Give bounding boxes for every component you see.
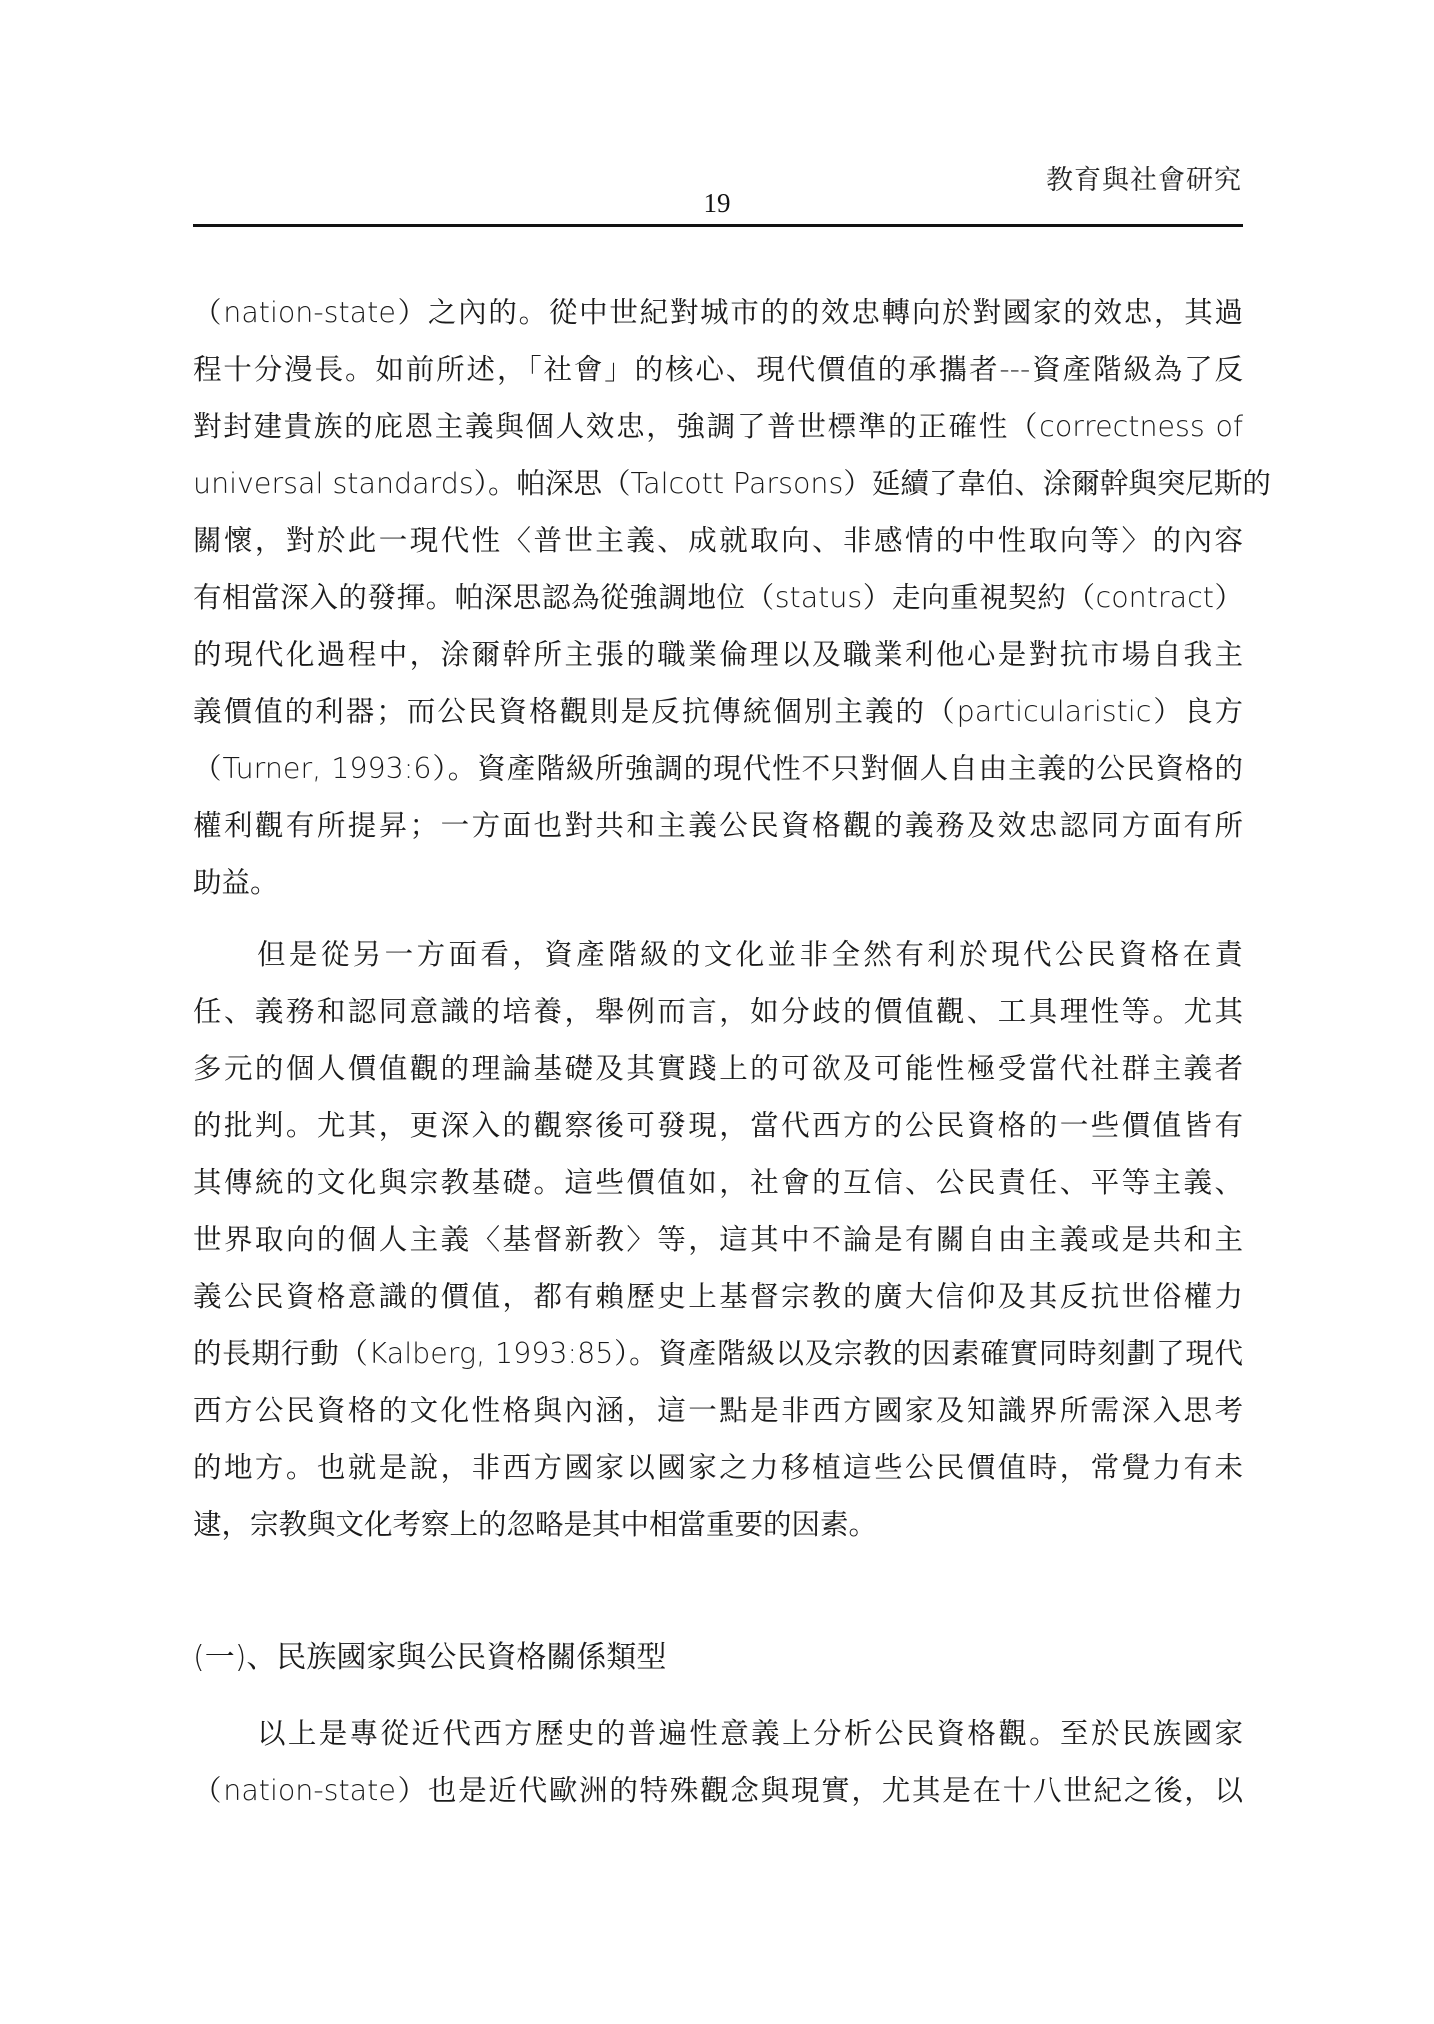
paragraph-2-line-7: 義公民資格意識的價值，都有賴歷史上基督宗教的廣大信仰及其反抗世俗權力 — [193, 1277, 1243, 1317]
paragraph-1-line-7: 的現代化過程中，涂爾幹所主張的職業倫理以及職業利他心是對抗市場自我主 — [193, 635, 1243, 675]
paragraph-1-line-2: 程十分漫長。如前所述，「社會」的核心、現代價值的承攜者---資產階級為了反 — [193, 350, 1243, 390]
paragraph-2-line-6: 世界取向的個人主義〈基督新教〉等，這其中不論是有關自由主義或是共和主 — [193, 1220, 1243, 1260]
paragraph-2-line-10: 的地方。也就是說，非西方國家以國家之力移植這些公民價值時，常覺力有未 — [193, 1448, 1243, 1488]
paragraph-2-line-2: 任、義務和認同意識的培養，舉例而言，如分歧的價值觀、工具理性等。尤其 — [193, 992, 1243, 1032]
paragraph-2-line-1: 但是從另一方面看，資產階級的文化並非全然有利於現代公民資格在責 — [193, 935, 1243, 975]
paragraph-2-line-5: 其傳統的文化與宗教基礎。這些價值如，社會的互信、公民責任、平等主義、 — [193, 1163, 1243, 1203]
section-paragraph-line-1: 以上是專從近代西方歷史的普遍性意義上分析公民資格觀。至於民族國家 — [193, 1714, 1243, 1754]
paragraph-1-line-6: 有相當深入的發揮。帕深思認為從強調地位（status）走向重視契約（contra… — [193, 578, 1243, 618]
paragraph-2-line-3: 多元的個人價值觀的理論基礎及其實踐上的可欲及可能性極受當代社群主義者 — [193, 1049, 1243, 1089]
section-paragraph-line-2: （nation-state）也是近代歐洲的特殊觀念與現實，尤其是在十八世紀之後，… — [193, 1771, 1243, 1811]
paragraph-1-line-11: 助益。 — [193, 863, 1243, 903]
paragraph-1-line-10: 權利觀有所提昇；一方面也對共和主義公民資格觀的義務及效忠認同方面有所 — [193, 806, 1243, 846]
document-page: 教育與社會研究 19 （nation-state）之內的。從中世紀對城市的的效忠… — [0, 0, 1434, 2024]
paragraph-1-line-3: 對封建貴族的庇恩主義與個人效忠，強調了普世標準的正確性（correctness … — [193, 407, 1243, 447]
paragraph-2-line-4: 的批判。尤其，更深入的觀察後可發現，當代西方的公民資格的一些價值皆有 — [193, 1106, 1243, 1146]
paragraph-1-line-8: 義價值的利器；而公民資格觀則是反抗傳統個別主義的（particularistic… — [193, 692, 1243, 732]
page-number: 19 — [0, 188, 1434, 219]
paragraph-1-line-9: （Turner, 1993:6）。資產階級所強調的現代性不只對個人自由主義的公民… — [193, 749, 1243, 789]
paragraph-1-line-1: （nation-state）之內的。從中世紀對城市的的效忠轉向於對國家的效忠，其… — [193, 293, 1243, 333]
header-rule-divider — [193, 224, 1243, 227]
section-heading: (一)、民族國家與公民資格關係類型 — [193, 1636, 666, 1680]
paragraph-1-line-5: 關懷，對於此一現代性〈普世主義、成就取向、非感情的中性取向等〉的內容 — [193, 521, 1243, 561]
paragraph-2-line-8: 的長期行動（Kalberg, 1993:85）。資產階級以及宗教的因素確實同時刻… — [193, 1334, 1243, 1374]
paragraph-2-line-11: 逮，宗教與文化考察上的忽略是其中相當重要的因素。 — [193, 1505, 1243, 1545]
paragraph-2-line-9: 西方公民資格的文化性格與內涵，這一點是非西方國家及知識界所需深入思考 — [193, 1391, 1243, 1431]
paragraph-1-line-4: universal standards）。帕深思（Talcott Parsons… — [193, 464, 1243, 504]
